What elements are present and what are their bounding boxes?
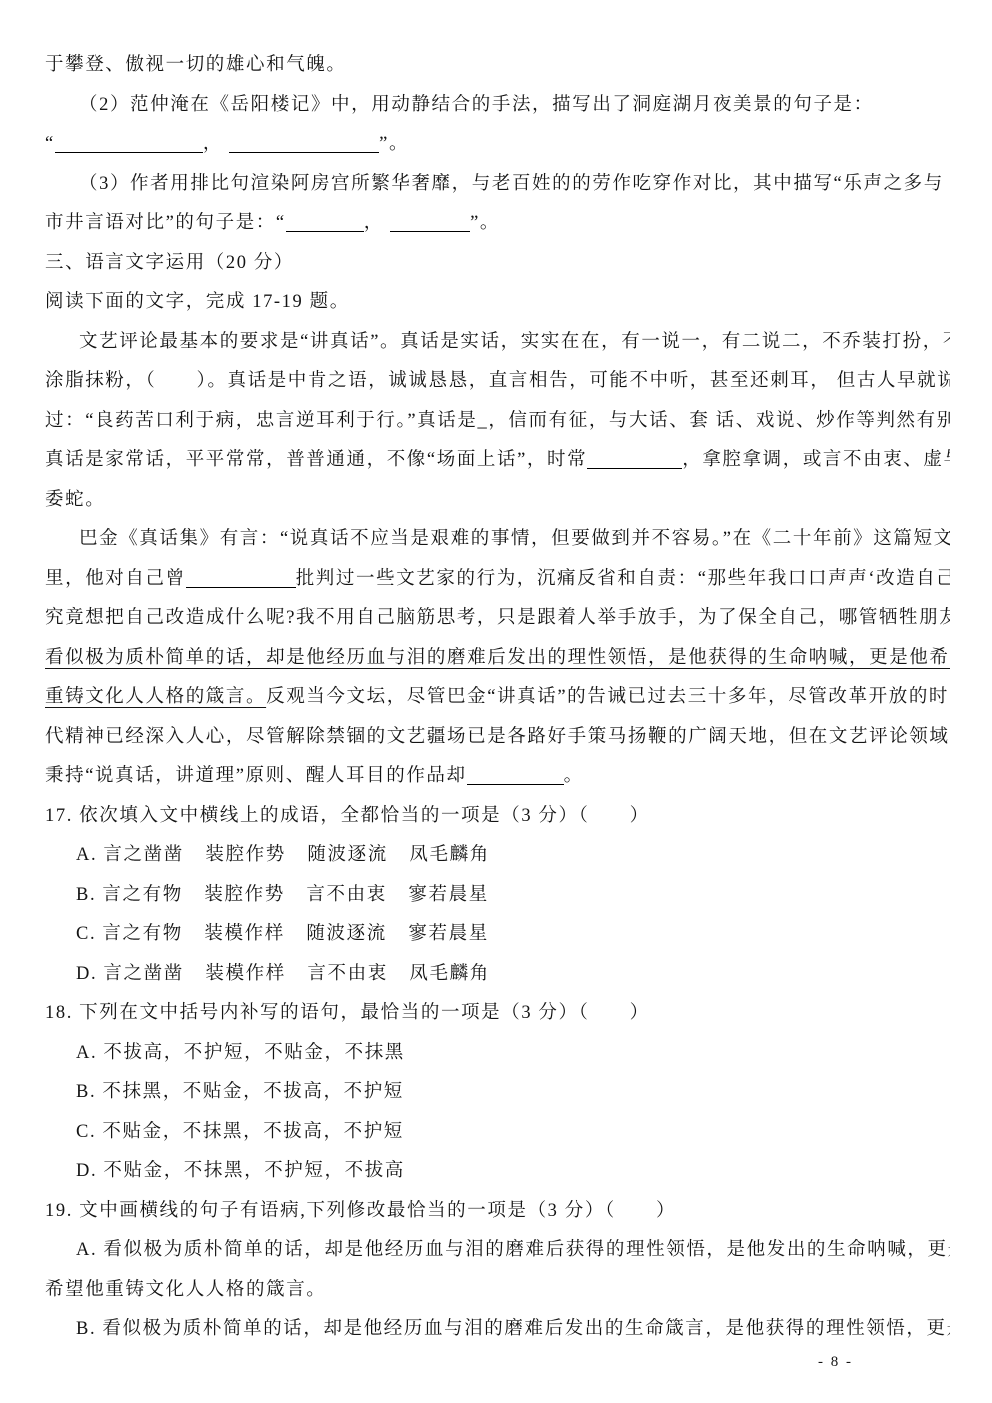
answer-blank [186, 568, 296, 588]
text-segment: ， [364, 213, 390, 233]
text-segment: 真话是家常话，平平常常，普普通通，不像“场面上话”，时常 [45, 450, 587, 470]
text-segment: 看似极为质朴简单的话，却是他经历血与泪的磨难后发出的理性领悟，是他获得的生命呐喊… [45, 648, 950, 668]
passage-para2-line6: 代精神已经深入人心，尽管解除禁锢的文艺疆场已是各路好手策马扬鞭的广阔天地，但在文… [45, 718, 950, 758]
text-segment: D. [76, 964, 103, 984]
text-segment: 言之凿凿 [103, 955, 205, 995]
text-segment: “ [45, 134, 55, 154]
exam-document-page: 于攀登、傲视一切的雄心和气魄。（2）范仲淹在《岳阳楼记》中，用动静结合的手法，描… [0, 0, 992, 1403]
answer-blank [286, 212, 364, 232]
section-3-heading: 三、语言文字运用（20 分） [45, 244, 950, 284]
passage-instruction: 阅读下面的文字，完成 17-19 题。 [45, 283, 950, 323]
text-segment: 言之凿凿 [103, 836, 205, 876]
text-segment: 言不由衷 [307, 955, 409, 995]
passage-para2-line2: 里，他对自己曾批判过一些文艺家的行为，沉痛反省和自责：“那些年我口口声声‘改造自… [45, 560, 950, 600]
text-segment: 文艺评论最基本的要求是“讲真话”。真话是实话，实实在在，有一说一，有二说二，不乔… [79, 332, 950, 352]
text-segment: 凤毛麟角 [409, 955, 511, 995]
passage-para2-line1: 巴金《真话集》有言：“说真话不应当是艰难的事情，但要做到并不容易。”在《二十年前… [45, 520, 950, 560]
text-segment: 涂脂抹粉，（ ）。真话是中肯之语，诚诚恳恳，直言相告，可能不中听，甚至还刺耳， … [45, 371, 950, 391]
text-segment: 批判过一些文艺家的行为，沉痛反省和自责：“那些年我口口声声‘改造自己’， [296, 569, 950, 589]
text-segment: 装模作样 [204, 915, 306, 955]
text-segment: ”。 [379, 134, 409, 154]
text-segment: 言不由衷 [306, 876, 408, 916]
recitation-q2-prompt: （2）范仲淹在《岳阳楼记》中，用动静结合的手法，描写出了洞庭湖月夜美景的句子是： [45, 86, 950, 126]
text-segment: C. 不贴金，不抹黑，不拔高，不护短 [76, 1122, 404, 1142]
q18-option-a: A. 不拔高，不护短，不贴金，不抹黑 [45, 1034, 950, 1074]
q19-stem: 19. 文中画横线的句子有语病,下列修改最恰当的一项是（3 分）（ ） [45, 1192, 950, 1232]
text-segment: 随波逐流 [306, 915, 408, 955]
passage-para1-line1: 文艺评论最基本的要求是“讲真话”。真话是实话，实实在在，有一说一，有二说二，不乔… [45, 323, 950, 363]
q19-option-a-line1: A. 看似极为质朴简单的话，却是他经历血与泪的磨难后获得的理性领悟，是他发出的生… [45, 1231, 950, 1271]
text-segment: 三、语言文字运用（20 分） [45, 253, 294, 273]
text-segment: 阅读下面的文字，完成 17-19 题。 [45, 292, 350, 312]
text-segment: B. 不抹黑，不贴金，不拔高，不护短 [76, 1082, 404, 1102]
answer-blank [390, 212, 470, 232]
text-segment: 19. 文中画横线的句子有语病,下列修改最恰当的一项是（3 分）（ ） [45, 1201, 676, 1221]
text-segment: 言之有物 [102, 915, 204, 955]
text-segment: B. [76, 885, 102, 905]
text-segment: A. [76, 845, 103, 865]
text-segment: 究竟想把自己改造成什么呢?我不用自己脑筋思考，只是跟着人举手放手，为了保全自己，… [45, 608, 950, 628]
answer-blank [587, 449, 682, 469]
text-segment: （2）范仲淹在《岳阳楼记》中，用动静结合的手法，描写出了洞庭湖月夜美景的句子是： [79, 95, 874, 115]
q19-option-b-line1: B. 看似极为质朴简单的话，却是他经历血与泪的磨难后发出的生命箴言，是他获得的理… [45, 1310, 950, 1350]
text-segment: 过：“良药苦口利于病，忠言逆耳利于行。”真话是_，信而有征，与大话、套 话、戏说… [45, 411, 950, 431]
text-segment: D. 不贴金，不抹黑，不护短，不拔高 [76, 1161, 405, 1181]
text-segment: 重铸文化人人格的箴言。 [45, 687, 266, 707]
text-segment: ，拿腔拿调，或言不由衷、虚与 [682, 450, 950, 470]
text-segment: 市井言语对比”的句子是：“ [45, 213, 286, 233]
text-segment: 于攀登、傲视一切的雄心和气魄。 [45, 55, 347, 75]
recitation-q2-blanks: “， ”。 [45, 125, 950, 165]
text-segment: C. [76, 924, 102, 944]
q17-option-d: D. 言之凿凿装模作样言不由衷凤毛麟角 [45, 955, 950, 995]
text-segment: 言之有物 [102, 876, 204, 916]
text-segment: 代精神已经深入人心，尽管解除禁锢的文艺疆场已是各路好手策马扬鞭的广阔天地，但在文… [45, 727, 950, 747]
q18-option-c: C. 不贴金，不抹黑，不拔高，不护短 [45, 1113, 950, 1153]
q18-option-b: B. 不抹黑，不贴金，不拔高，不护短 [45, 1073, 950, 1113]
text-segment: 巴金《真话集》有言：“说真话不应当是艰难的事情，但要做到并不容易。”在《二十年前… [79, 529, 950, 549]
text-segment: 17. 依次填入文中横线上的成语，全都恰当的一项是（3 分）（ ） [45, 806, 650, 826]
passage-para2-line4-underlined: 看似极为质朴简单的话，却是他经历血与泪的磨难后发出的理性领悟，是他获得的生命呐喊… [45, 639, 950, 679]
passage-para1-line3: 过：“良药苦口利于病，忠言逆耳利于行。”真话是_，信而有征，与大话、套 话、戏说… [45, 402, 950, 442]
q18-stem: 18. 下列在文中括号内补写的语句，最恰当的一项是（3 分）（ ） [45, 994, 950, 1034]
text-segment: B. 看似极为质朴简单的话，却是他经历血与泪的磨难后发出的生命箴言，是他获得的理… [76, 1319, 950, 1339]
passage-para2-line3: 究竟想把自己改造成什么呢?我不用自己脑筋思考，只是跟着人举手放手，为了保全自己，… [45, 599, 950, 639]
text-segment: 凤毛麟角 [409, 836, 511, 876]
passage-para1-line2: 涂脂抹粉，（ ）。真话是中肯之语，诚诚恳恳，直言相告，可能不中听，甚至还刺耳， … [45, 362, 950, 402]
q17-stem: 17. 依次填入文中横线上的成语，全都恰当的一项是（3 分）（ ） [45, 797, 950, 837]
text-segment: 随波逐流 [307, 836, 409, 876]
answer-blank [55, 133, 203, 153]
text-segment: 里，他对自己曾 [45, 569, 186, 589]
text-segment: 装模作样 [205, 955, 307, 995]
text-segment: 。 [564, 766, 584, 786]
recitation-q3-prompt-line2: 市井言语对比”的句子是：“， ”。 [45, 204, 950, 244]
q17-option-c: C. 言之有物装模作样随波逐流寥若晨星 [45, 915, 950, 955]
page-number: - 8 - [818, 1352, 853, 1372]
text-segment: 寥若晨星 [408, 915, 510, 955]
passage-para1-line4: 真话是家常话，平平常常，普普通通，不像“场面上话”，时常，拿腔拿调，或言不由衷、… [45, 441, 950, 481]
text-segment: ， [203, 134, 229, 154]
text-segment: ”。 [470, 213, 500, 233]
q17-option-a: A. 言之凿凿装腔作势随波逐流凤毛麟角 [45, 836, 950, 876]
passage-para1-line5: 委蛇。 [45, 481, 950, 521]
answer-blank [229, 133, 379, 153]
passage-para2-line5: 重铸文化人人格的箴言。反观当今文坛，尽管巴金“讲真话”的告诫已过去三十多年，尽管… [45, 678, 950, 718]
text-segment: 秉持“说真话，讲道理”原则、醒人耳目的作品却 [45, 766, 467, 786]
answer-blank [467, 765, 564, 785]
passage-para2-line7: 秉持“说真话，讲道理”原则、醒人耳目的作品却。 [45, 757, 950, 797]
text-segment: 装腔作势 [204, 876, 306, 916]
document-lines: 于攀登、傲视一切的雄心和气魄。（2）范仲淹在《岳阳楼记》中，用动静结合的手法，描… [45, 46, 950, 1350]
q17-option-b: B. 言之有物装腔作势言不由衷寥若晨星 [45, 876, 950, 916]
text-segment: 18. 下列在文中括号内补写的语句，最恰当的一项是（3 分）（ ） [45, 1003, 650, 1023]
text-segment: 装腔作势 [205, 836, 307, 876]
text-segment: A. 看似极为质朴简单的话，却是他经历血与泪的磨难后获得的理性领悟，是他发出的生… [76, 1240, 950, 1260]
text-segment: 反观当今文坛，尽管巴金“讲真话”的告诫已过去三十多年，尽管改革开放的时 [266, 687, 949, 707]
text-segment: 委蛇。 [45, 490, 105, 510]
q18-option-d: D. 不贴金，不抹黑，不护短，不拔高 [45, 1152, 950, 1192]
recitation-q3-prompt-line1: （3）作者用排比句渲染阿房宫所繁华奢靡，与老百姓的的劳作吃穿作对比，其中描写“乐… [45, 165, 950, 205]
text-segment: 寥若晨星 [408, 876, 510, 916]
text-segment: （3）作者用排比句渲染阿房宫所繁华奢靡，与老百姓的的劳作吃穿作对比，其中描写“乐… [79, 174, 944, 194]
q19-option-a-line2: 希望他重铸文化人人格的箴言。 [45, 1271, 950, 1311]
text-segment: 希望他重铸文化人人格的箴言。 [45, 1280, 326, 1300]
recitation-q1-tail: 于攀登、傲视一切的雄心和气魄。 [45, 46, 950, 86]
text-segment: A. 不拔高，不护短，不贴金，不抹黑 [76, 1043, 405, 1063]
